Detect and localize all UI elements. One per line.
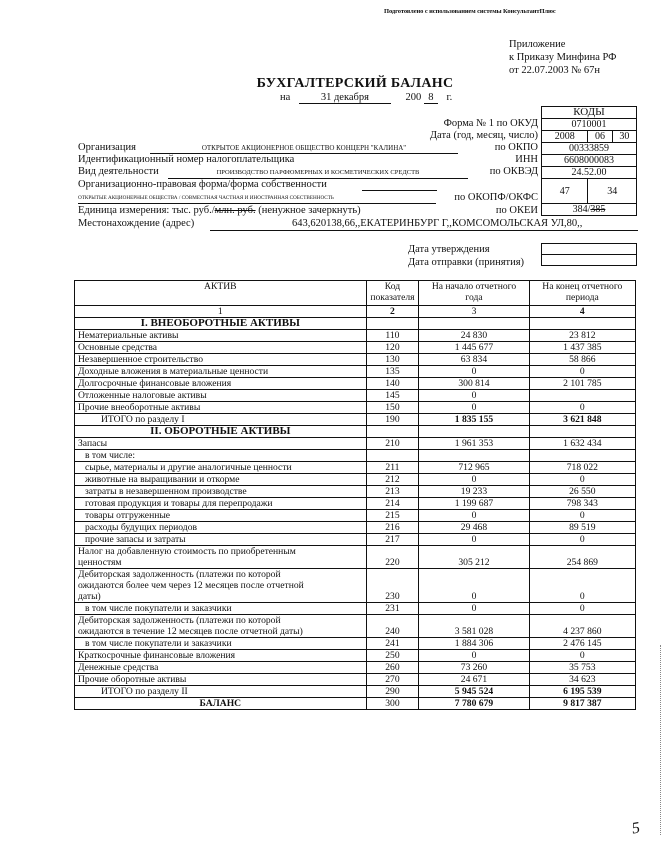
- prepared-note: Подготовлено с использованием системы Ко…: [384, 8, 556, 15]
- approval-date-label: Дата утверждения: [408, 244, 490, 255]
- row-label: БАЛАНС: [75, 698, 367, 710]
- row-code: [366, 450, 419, 462]
- report-date: на 31 декабря 200 8 г.: [280, 92, 452, 104]
- row-label: готовая продукция и товары для перепрода…: [75, 498, 367, 510]
- col-header-code: Код показателя: [366, 281, 419, 306]
- okei-code-struck: 385: [590, 204, 605, 215]
- row-end-value: 0: [529, 366, 635, 378]
- date-label: Дата (год, месяц, число): [430, 130, 538, 141]
- row-start-value: 0: [419, 366, 529, 378]
- balance-row: БАЛАНС3007 780 6799 817 387: [75, 698, 636, 710]
- inn-field-label: Идентификационный номер налогоплательщик…: [78, 154, 294, 165]
- row-end-value: 0: [529, 474, 635, 486]
- table-row: Доходные вложения в материальные ценност…: [75, 366, 636, 378]
- okud-label: Форма № 1 по ОКУД: [444, 118, 538, 129]
- document-title: БУХГАЛТЕРСКИЙ БАЛАНС: [230, 76, 480, 92]
- organization-field[interactable]: ОТКРЫТОЕ АКЦИОНЕРНОЕ ОБЩЕСТВО КОНЦЕРН "К…: [150, 143, 458, 154]
- including-row: в том числе:: [75, 450, 636, 462]
- row-label: Долгосрочные финансовые вложения: [75, 378, 367, 390]
- balance-table: АКТИВ Код показателя На начало отчетного…: [74, 280, 636, 710]
- date-month-code: 06: [588, 131, 612, 143]
- approval-date-field[interactable]: [542, 244, 637, 255]
- row-end-value: 254 869: [529, 546, 635, 569]
- row-label-line: Налог на добавленную стоимость по приобр…: [78, 546, 363, 557]
- table-row: Запасы2101 961 3531 632 434: [75, 438, 636, 450]
- table-row: в том числе покупатели и заказчики2411 8…: [75, 638, 636, 650]
- row-label: ИТОГО по разделу I: [75, 414, 367, 426]
- row-code: 145: [366, 390, 419, 402]
- col-header-end: На конец отчетного периода: [529, 281, 635, 306]
- row-end-value: 89 519: [529, 522, 635, 534]
- legal-form-label: Организационно-правовая форма/форма собс…: [78, 179, 327, 190]
- address-label: Местонахождение (адрес): [78, 218, 194, 229]
- send-date-field[interactable]: [542, 255, 637, 266]
- table-row: Основные средства1201 445 6771 437 385: [75, 342, 636, 354]
- row-label: ИТОГО по разделу II: [75, 686, 367, 698]
- row-label: Дебиторская задолженность (платежи по ко…: [75, 615, 367, 638]
- date-year-prefix: 200: [406, 92, 422, 103]
- table-row: Краткосрочные финансовые вложения25000: [75, 650, 636, 662]
- row-end-value: [529, 390, 635, 402]
- date-year-suffix: 8: [424, 92, 438, 104]
- table-row: животные на выращивании и откорме21200: [75, 474, 636, 486]
- organization-label: Организация: [78, 142, 136, 153]
- row-start-value: 0: [419, 402, 529, 414]
- row-end-value: [529, 450, 635, 462]
- row-code: 220: [366, 546, 419, 569]
- row-label: Прочие оборотные активы: [75, 674, 367, 686]
- row-start-value: 0: [419, 390, 529, 402]
- okpo-code: 00333859: [542, 143, 637, 155]
- row-code: 214: [366, 498, 419, 510]
- row-end-value: 798 343: [529, 498, 635, 510]
- row-code: 260: [366, 662, 419, 674]
- row-code: 300: [366, 698, 419, 710]
- row-code: 190: [366, 414, 419, 426]
- row-end-value: 0: [529, 603, 635, 615]
- row-end-value: 35 753: [529, 662, 635, 674]
- row-label: затраты в незавершенном производстве: [75, 486, 367, 498]
- date-day-month: 31 декабря: [299, 92, 391, 104]
- date-prefix: на: [280, 92, 290, 103]
- row-label-line: ценностям: [78, 557, 363, 568]
- row-label: расходы будущих периодов: [75, 522, 367, 534]
- row-label: в том числе:: [75, 450, 367, 462]
- row-code: 130: [366, 354, 419, 366]
- approval-dates-box: [541, 243, 637, 266]
- okved-code: 24.52.00: [542, 167, 637, 179]
- okpo-label: по ОКПО: [495, 142, 538, 153]
- scan-artifact: [660, 645, 662, 835]
- unit-label-note: (ненужное зачеркнуть): [256, 205, 361, 216]
- row-label: животные на выращивании и откорме: [75, 474, 367, 486]
- table-row: товары отгруженные21500: [75, 510, 636, 522]
- appendix-note: Приложение к Приказу Минфина РФ от 22.07…: [509, 38, 616, 77]
- activity-field[interactable]: ПРОИЗВОДСТВО ПАРФЮМЕРНЫХ И КОСМЕТИЧЕСКИХ…: [168, 168, 468, 179]
- row-code: 110: [366, 330, 419, 342]
- col-number: 1: [75, 306, 367, 318]
- row-code: 270: [366, 674, 419, 686]
- section-header: I. ВНЕОБОРОТНЫЕ АКТИВЫ: [75, 318, 636, 330]
- row-code: 290: [366, 686, 419, 698]
- row-start-value: 1 835 155: [419, 414, 529, 426]
- row-code: 217: [366, 534, 419, 546]
- row-label: в том числе покупатели и заказчики: [75, 603, 367, 615]
- okei-code: 384/385: [542, 204, 637, 216]
- row-code: 250: [366, 650, 419, 662]
- col-header-asset: АКТИВ: [75, 281, 367, 306]
- row-code: 211: [366, 462, 419, 474]
- row-code: 216: [366, 522, 419, 534]
- row-start-value: 3 581 028: [419, 615, 529, 638]
- row-end-value: 2 101 785: [529, 378, 635, 390]
- row-start-value: 0: [419, 603, 529, 615]
- col-number: 4: [529, 306, 635, 318]
- table-row: Нематериальные активы11024 83023 812: [75, 330, 636, 342]
- total-row: ИТОГО по разделу II2905 945 5246 195 539: [75, 686, 636, 698]
- total-row: ИТОГО по разделу I1901 835 1553 621 848: [75, 414, 636, 426]
- table-row: Прочие оборотные активы27024 67134 623: [75, 674, 636, 686]
- okopf-label: по ОКОПФ/ОКФС: [454, 192, 538, 203]
- row-start-value: 0: [419, 650, 529, 662]
- table-row: Дебиторская задолженность (платежи по ко…: [75, 615, 636, 638]
- row-code: [366, 318, 419, 330]
- row-start-value: 24 671: [419, 674, 529, 686]
- unit-label: Единица измерения: тыс. руб./млн. руб. (…: [78, 205, 361, 216]
- table-row: Прочие внеоборотные активы15000: [75, 402, 636, 414]
- row-label-line: Дебиторская задолженность (платежи по ко…: [78, 569, 363, 580]
- row-label: Краткосрочные финансовые вложения: [75, 650, 367, 662]
- date-suffix: г.: [447, 92, 453, 103]
- row-end-value: 1 437 385: [529, 342, 635, 354]
- row-start-value: 305 212: [419, 546, 529, 569]
- okei-label: по ОКЕИ: [496, 205, 538, 216]
- inn-label: ИНН: [515, 154, 538, 165]
- row-start-value: 1 199 687: [419, 498, 529, 510]
- row-end-value: 58 866: [529, 354, 635, 366]
- row-label: II. ОБОРОТНЫЕ АКТИВЫ: [75, 426, 367, 438]
- row-start-value: 29 468: [419, 522, 529, 534]
- okopf-code: 47: [542, 179, 588, 204]
- appendix-line: от 22.07.2003 № 67н: [509, 64, 616, 77]
- row-end-value: 23 812: [529, 330, 635, 342]
- table-row: в том числе покупатели и заказчики23100: [75, 603, 636, 615]
- table-row: Долгосрочные финансовые вложения140300 8…: [75, 378, 636, 390]
- okved-label: по ОКВЭД: [490, 166, 538, 177]
- row-end-value: 0: [529, 534, 635, 546]
- row-end-value: [529, 318, 635, 330]
- row-label: Денежные средства: [75, 662, 367, 674]
- legal-form-field[interactable]: ОТКРЫТЫЕ АКЦИОНЕРНЫЕ ОБЩЕСТВА / СОВМЕСТН…: [78, 193, 436, 204]
- row-start-value: 0: [419, 534, 529, 546]
- row-label: Запасы: [75, 438, 367, 450]
- appendix-line: Приложение: [509, 38, 616, 51]
- row-end-value: 1 632 434: [529, 438, 635, 450]
- table-row: Денежные средства26073 26035 753: [75, 662, 636, 674]
- row-code: 120: [366, 342, 419, 354]
- row-end-value: 718 022: [529, 462, 635, 474]
- row-code: 241: [366, 638, 419, 650]
- codes-table: КОДЫ 0710001 2008 06 30 00333859 6608000…: [541, 106, 637, 216]
- row-code: 240: [366, 615, 419, 638]
- row-start-value: 0: [419, 569, 529, 603]
- row-label: в том числе покупатели и заказчики: [75, 638, 367, 650]
- row-label: Нематериальные активы: [75, 330, 367, 342]
- table-row: прочие запасы и затраты21700: [75, 534, 636, 546]
- row-end-value: 4 237 860: [529, 615, 635, 638]
- table-row: Отложенные налоговые активы1450: [75, 390, 636, 402]
- row-code: 213: [366, 486, 419, 498]
- row-start-value: 1 961 353: [419, 438, 529, 450]
- row-label: сырье, материалы и другие аналогичные це…: [75, 462, 367, 474]
- row-end-value: 0: [529, 402, 635, 414]
- unit-label-struck: млн. руб.: [215, 205, 256, 216]
- date-day-code: 30: [612, 131, 636, 143]
- row-label-line: ожидаются более чем через 12 месяцев пос…: [78, 580, 363, 591]
- row-end-value: 3 621 848: [529, 414, 635, 426]
- row-start-value: 73 260: [419, 662, 529, 674]
- row-start-value: 5 945 524: [419, 686, 529, 698]
- row-start-value: 300 814: [419, 378, 529, 390]
- row-start-value: 1 884 306: [419, 638, 529, 650]
- table-row: Незавершенное строительство13063 83458 8…: [75, 354, 636, 366]
- col-header-start: На начало отчетного года: [419, 281, 529, 306]
- row-label: Налог на добавленную стоимость по приобр…: [75, 546, 367, 569]
- row-label: Дебиторская задолженность (платежи по ко…: [75, 569, 367, 603]
- row-start-value: 19 233: [419, 486, 529, 498]
- address-field[interactable]: 643,620138,66,,ЕКАТЕРИНБУРГ Г,,КОМСОМОЛЬ…: [210, 218, 638, 231]
- col-number: 3: [419, 306, 529, 318]
- legal-form-blank: [362, 180, 437, 191]
- okei-code-main: 384/: [573, 204, 591, 215]
- row-end-value: 0: [529, 510, 635, 522]
- table-row: сырье, материалы и другие аналогичные це…: [75, 462, 636, 474]
- row-end-value: 9 817 387: [529, 698, 635, 710]
- row-code: 210: [366, 438, 419, 450]
- unit-label-main: Единица измерения: тыс. руб./: [78, 205, 215, 216]
- okud-code: 0710001: [542, 119, 637, 131]
- row-code: 135: [366, 366, 419, 378]
- row-label-line: даты): [78, 591, 363, 602]
- table-row: расходы будущих периодов21629 46889 519: [75, 522, 636, 534]
- row-code: 150: [366, 402, 419, 414]
- table-row: затраты в незавершенном производстве2131…: [75, 486, 636, 498]
- table-row: Дебиторская задолженность (платежи по ко…: [75, 569, 636, 603]
- row-end-value: 34 623: [529, 674, 635, 686]
- section-header: II. ОБОРОТНЫЕ АКТИВЫ: [75, 426, 636, 438]
- inn-code: 6608000083: [542, 155, 637, 167]
- row-code: [366, 426, 419, 438]
- row-start-value: 0: [419, 474, 529, 486]
- row-start-value: 7 780 679: [419, 698, 529, 710]
- row-label: Отложенные налоговые активы: [75, 390, 367, 402]
- row-start-value: [419, 426, 529, 438]
- row-end-value: 2 476 145: [529, 638, 635, 650]
- activity-label: Вид деятельности: [78, 166, 159, 177]
- row-start-value: 63 834: [419, 354, 529, 366]
- row-label: I. ВНЕОБОРОТНЫЕ АКТИВЫ: [75, 318, 367, 330]
- row-code: 215: [366, 510, 419, 522]
- row-label: Незавершенное строительство: [75, 354, 367, 366]
- row-end-value: 0: [529, 569, 635, 603]
- row-code: 231: [366, 603, 419, 615]
- row-start-value: 24 830: [419, 330, 529, 342]
- row-start-value: [419, 318, 529, 330]
- page-number: 5: [630, 819, 641, 838]
- row-end-value: 26 550: [529, 486, 635, 498]
- row-end-value: 0: [529, 650, 635, 662]
- row-end-value: 6 195 539: [529, 686, 635, 698]
- row-label-line: Дебиторская задолженность (платежи по ко…: [78, 615, 363, 626]
- send-date-label: Дата отправки (принятия): [408, 257, 524, 268]
- row-end-value: [529, 426, 635, 438]
- row-code: 140: [366, 378, 419, 390]
- row-label: Доходные вложения в материальные ценност…: [75, 366, 367, 378]
- row-label: Прочие внеоборотные активы: [75, 402, 367, 414]
- row-start-value: [419, 450, 529, 462]
- appendix-line: к Приказу Минфина РФ: [509, 51, 616, 64]
- codes-header: КОДЫ: [542, 107, 637, 119]
- row-code: 230: [366, 569, 419, 603]
- okfs-code: 34: [588, 179, 637, 204]
- row-start-value: 712 965: [419, 462, 529, 474]
- table-row: готовая продукция и товары для перепрода…: [75, 498, 636, 510]
- row-label-line: ожидаются в течение 12 месяцев после отч…: [78, 626, 363, 637]
- table-row: Налог на добавленную стоимость по приобр…: [75, 546, 636, 569]
- row-code: 212: [366, 474, 419, 486]
- row-label: прочие запасы и затраты: [75, 534, 367, 546]
- row-start-value: 0: [419, 510, 529, 522]
- row-label: Основные средства: [75, 342, 367, 354]
- col-number: 2: [366, 306, 419, 318]
- date-year-code: 2008: [542, 131, 588, 143]
- row-label: товары отгруженные: [75, 510, 367, 522]
- row-start-value: 1 445 677: [419, 342, 529, 354]
